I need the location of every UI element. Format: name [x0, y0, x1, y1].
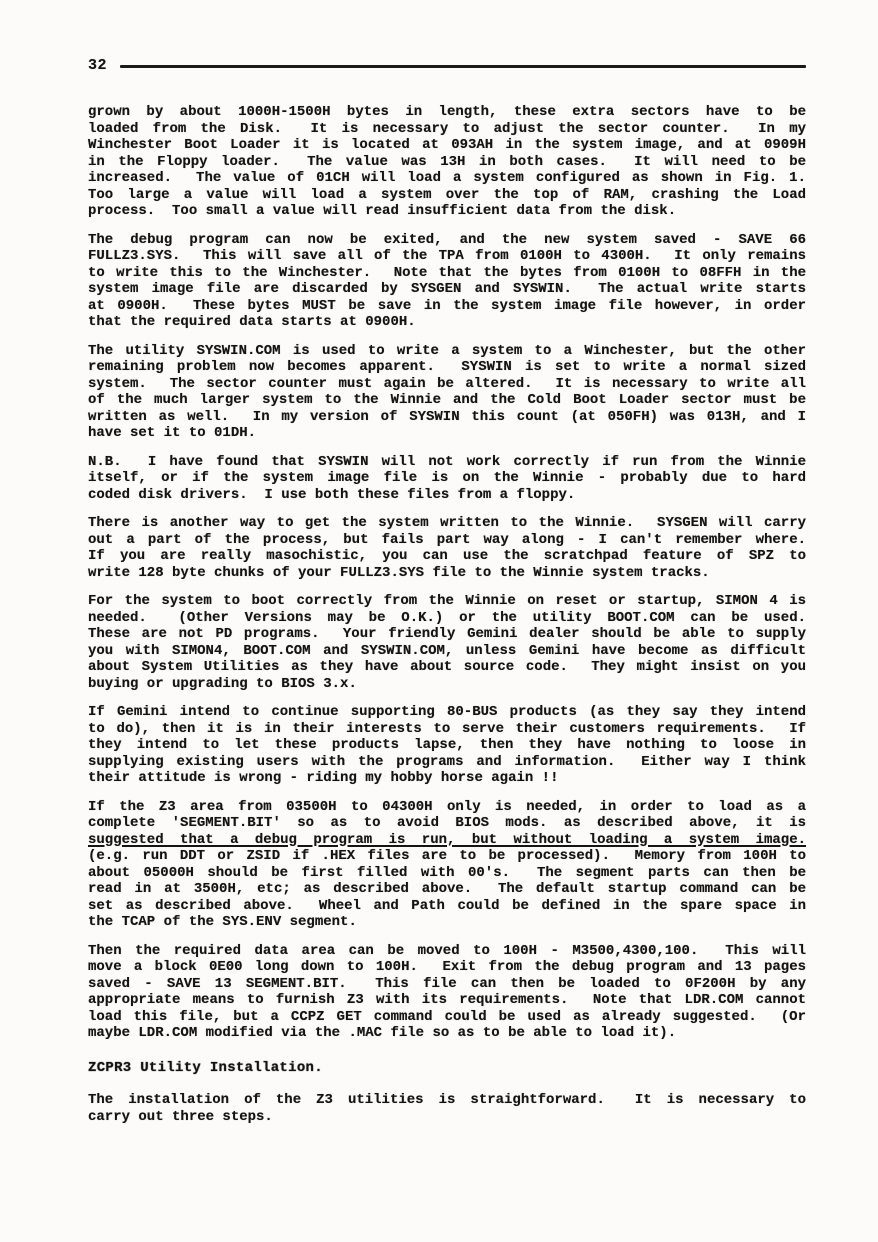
text-line: N.B. I have found that SYSWIN will not w… — [88, 454, 806, 471]
text-line: load this file, but a CCPZ GET command c… — [88, 1009, 806, 1026]
text-line: carry out three steps. — [88, 1109, 806, 1126]
text-line: If you are really masochistic, you can u… — [88, 548, 806, 565]
text-line: system image file are discarded by SYSGE… — [88, 281, 806, 298]
text-line: that the required data starts at 0900H. — [88, 314, 806, 331]
paragraph: grown by about 1000H-1500H bytes in leng… — [88, 104, 806, 220]
text-line: move a block 0E00 long down to 100H. Exi… — [88, 959, 806, 976]
text-line: Then the required data area can be moved… — [88, 943, 806, 960]
text-line: set as described above. Wheel and Path c… — [88, 898, 806, 915]
text-line: These are not PD programs. Your friendly… — [88, 626, 806, 643]
text-line: at 0900H. These bytes MUST be save in th… — [88, 298, 806, 315]
page-number: 32 — [88, 58, 107, 75]
text-line: complete 'SEGMENT.BIT' so as to avoid BI… — [88, 815, 806, 832]
text-line: needed. (Other Versions may be O.K.) or … — [88, 610, 806, 627]
text-line: out a part of the process, but fails par… — [88, 532, 806, 549]
paragraph: The debug program can now be exited, and… — [88, 232, 806, 331]
text-line: supplying existing users with the progra… — [88, 754, 806, 771]
scanned-document-page: 32 grown by about 1000H-1500H bytes in l… — [0, 0, 878, 1242]
paragraph: The installation of the Z3 utilities is … — [88, 1092, 806, 1125]
text-line: written as well. In my version of SYSWIN… — [88, 409, 806, 426]
text-line: saved - SAVE 13 SEGMENT.BIT. This file c… — [88, 976, 806, 993]
text-line: they intend to let these products lapse,… — [88, 737, 806, 754]
text-line: grown by about 1000H-1500H bytes in leng… — [88, 104, 806, 121]
paragraph: If Gemini intend to continue supporting … — [88, 704, 806, 787]
text-line: system. The sector counter must again be… — [88, 376, 806, 393]
text-line: about 05000H should be first filled with… — [88, 865, 806, 882]
text-line: The debug program can now be exited, and… — [88, 232, 806, 249]
text-line: remaining problem now becomes apparent. … — [88, 359, 806, 376]
text-line: of the much larger system to the Winnie … — [88, 392, 806, 409]
text-line: have set it to 01DH. — [88, 425, 806, 442]
text-line: Winchester Boot Loader it is located at … — [88, 137, 806, 154]
text-line: itself, or if the system image file is o… — [88, 470, 806, 487]
header-rule — [120, 65, 806, 68]
text-line: buying or upgrading to BIOS 3.x. — [88, 676, 806, 693]
text-line: If Gemini intend to continue supporting … — [88, 704, 806, 721]
text-line: to write this to the Winchester. Note th… — [88, 265, 806, 282]
page-header: 32 — [88, 58, 806, 75]
text-line: about System Utilities as they have abou… — [88, 659, 806, 676]
text-line: the TCAP of the SYS.ENV segment. — [88, 914, 806, 931]
text-line: appropriate means to furnish Z3 with its… — [88, 992, 806, 1009]
text-line: coded disk drivers. I use both these fil… — [88, 487, 806, 504]
text-line: read in at 3500H, etc; as described abov… — [88, 881, 806, 898]
text-line: their attitude is wrong - riding my hobb… — [88, 770, 806, 787]
text-line: to do), then it is in their interests to… — [88, 721, 806, 738]
text-line: maybe LDR.COM modified via the .MAC file… — [88, 1025, 806, 1042]
section-heading: ZCPR3 Utility Installation. — [88, 1060, 806, 1077]
paragraph: Then the required data area can be moved… — [88, 943, 806, 1042]
text-line: you with SIMON4, BOOT.COM and SYSWIN.COM… — [88, 643, 806, 660]
text-line: The utility SYSWIN.COM is used to write … — [88, 343, 806, 360]
text-line: increased. The value of 01CH will load a… — [88, 170, 806, 187]
text-line: FULLZ3.SYS. This will save all of the TP… — [88, 248, 806, 265]
text-line: in the Floppy loader. The value was 13H … — [88, 154, 806, 171]
text-line: process. Too small a value will read ins… — [88, 203, 806, 220]
text-line: There is another way to get the system w… — [88, 515, 806, 532]
text-line: The installation of the Z3 utilities is … — [88, 1092, 806, 1109]
paragraph: N.B. I have found that SYSWIN will not w… — [88, 454, 806, 504]
text-line: If the Z3 area from 03500H to 04300H onl… — [88, 799, 806, 816]
document-content: grown by about 1000H-1500H bytes in leng… — [88, 104, 806, 1125]
text-line: ZCPR3 Utility Installation. — [88, 1060, 806, 1077]
paragraph: For the system to boot correctly from th… — [88, 593, 806, 692]
text-line: loaded from the Disk. It is necessary to… — [88, 121, 806, 138]
text-line: For the system to boot correctly from th… — [88, 593, 806, 610]
text-line: write 128 byte chunks of your FULLZ3.SYS… — [88, 565, 806, 582]
text-line: (e.g. run DDT or ZSID if .HEX files are … — [88, 848, 806, 865]
text-line: suggested that a debug program is run, b… — [88, 832, 806, 849]
paragraph: There is another way to get the system w… — [88, 515, 806, 581]
paragraph: The utility SYSWIN.COM is used to write … — [88, 343, 806, 442]
text-line: Too large a value will load a system ove… — [88, 187, 806, 204]
paragraph: If the Z3 area from 03500H to 04300H onl… — [88, 799, 806, 931]
